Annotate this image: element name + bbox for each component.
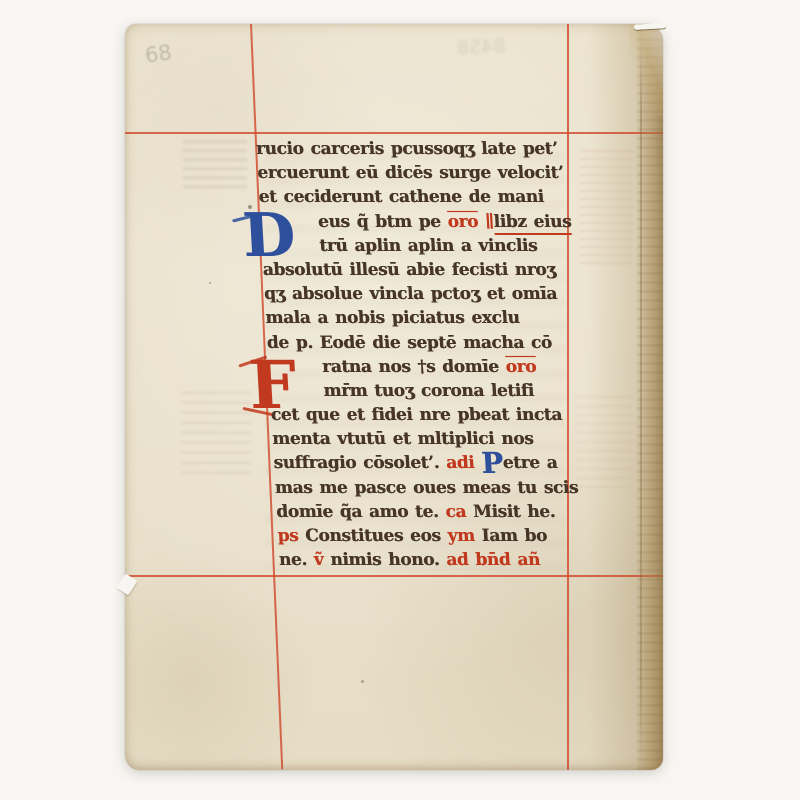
rubric-segment: ∥	[477, 212, 494, 232]
text-segment: ne.	[278, 550, 314, 570]
text-line: et ceciderunt cathene de mani	[258, 185, 581, 209]
showthrough-ghost-right-margin	[580, 144, 632, 264]
text-line: ne. ṽ nimis hono. ad bn̄d añ	[278, 548, 601, 572]
text-line: suffragio cōsolet’. adi Petre a	[273, 451, 596, 475]
showthrough-ghost-left-lower	[181, 384, 251, 474]
text-segment: absolutū illesū abie fecisti nroʒ	[262, 260, 556, 280]
text-segment: Constitues eos	[305, 526, 448, 546]
text-line: trū aplin aplin a vinclis	[261, 234, 584, 258]
pencil-folio-number: 68	[143, 40, 173, 67]
rubric-segment: ad bn̄d añ	[446, 550, 541, 570]
text-line: qʒ absolue vincla pctoʒ et omīa	[263, 282, 586, 306]
ink-speck	[361, 680, 364, 683]
manuscript-leaf: 68 8458 D F rucio carceris pcussoqʒ late…	[125, 24, 663, 770]
text-segment: nimis hono.	[330, 550, 447, 570]
text-segment: de p. Eodē die septē macha cō	[266, 333, 552, 353]
pencil-ghost-inscription: 8458	[456, 35, 505, 60]
text-segment: et ceciderunt cathene de mani	[258, 187, 544, 207]
text-segment: trū aplin aplin a vinclis	[319, 236, 538, 256]
text-segment: mr̄m tuoʒ corona letifi	[323, 381, 534, 401]
rubric-segment: adi	[446, 453, 482, 473]
text-segment: eus q̃ btm pe	[317, 212, 448, 232]
text-segment: Iam bo	[481, 526, 547, 546]
rubric-segment: libz eius	[493, 212, 572, 235]
text-segment: etre a	[502, 453, 558, 473]
rubric-segment: ps	[277, 526, 306, 546]
text-line: mr̄m tuoʒ corona letifi	[269, 379, 592, 403]
text-line: ratna nos †s domīe oro	[267, 355, 590, 379]
text-line: mas me pasce oues meas tu scis	[274, 476, 597, 500]
text-segment: suffragio cōsolet’.	[273, 453, 447, 473]
text-line: cet que et fidei nre pbeat incta	[270, 403, 593, 427]
rubric-segment: oro	[447, 212, 479, 232]
rubric-segment: oro	[505, 357, 537, 377]
text-segment: domīe q̃a amo te.	[276, 502, 446, 522]
text-segment: rucio carceris pcussoqʒ late pet’	[255, 139, 558, 159]
text-line: domīe q̃a amo te. ca Misit he.	[276, 500, 599, 524]
text-line: menta vtutū et mltiplici nos	[272, 427, 595, 451]
ruling-line-horizontal-bottom	[125, 575, 663, 577]
corner-curl	[629, 24, 663, 116]
rubric-segment: ca	[445, 502, 474, 522]
text-line: mala a nobis piciatus exclu	[265, 306, 588, 330]
text-line: eus q̃ btm pe oro ∥libz eius	[259, 210, 582, 234]
sewing-slit	[634, 23, 666, 30]
text-segment: qʒ absolue vincla pctoʒ et omīa	[264, 284, 558, 304]
rubric-segment: ṽ	[313, 550, 331, 570]
edge-notch-left	[116, 574, 137, 596]
text-line: ps Constitues eos ym Iam bo	[277, 524, 600, 548]
text-line: absolutū illesū abie fecisti nroʒ	[262, 258, 585, 282]
text-segment: cet que et fidei nre pbeat incta	[270, 405, 562, 425]
showthrough-ghost-left-margin	[183, 136, 247, 188]
text-line: rucio carceris pcussoqʒ late pet’	[255, 137, 578, 161]
text-line: ercuerunt eū dicēs surge velocit’	[257, 161, 580, 185]
photo-backdrop: { "meta": { "item": "Illuminated Book of…	[0, 0, 800, 800]
text-segment: mas me pasce oues meas tu scis	[274, 478, 578, 498]
text-segment: ratna nos †s domīe	[322, 357, 507, 377]
text-segment: ercuerunt eū dicēs surge velocit’	[257, 163, 564, 183]
text-segment: Misit he.	[472, 502, 555, 522]
text-segment: mala a nobis piciatus exclu	[265, 308, 520, 328]
rubric-segment: ym	[447, 526, 482, 546]
ink-speck	[209, 282, 211, 284]
text-block: D F rucio carceris pcussoqʒ late pet’erc…	[255, 132, 602, 572]
gutter-crease-line	[640, 28, 642, 767]
text-line: de p. Eodē die septē macha cō	[266, 331, 589, 355]
